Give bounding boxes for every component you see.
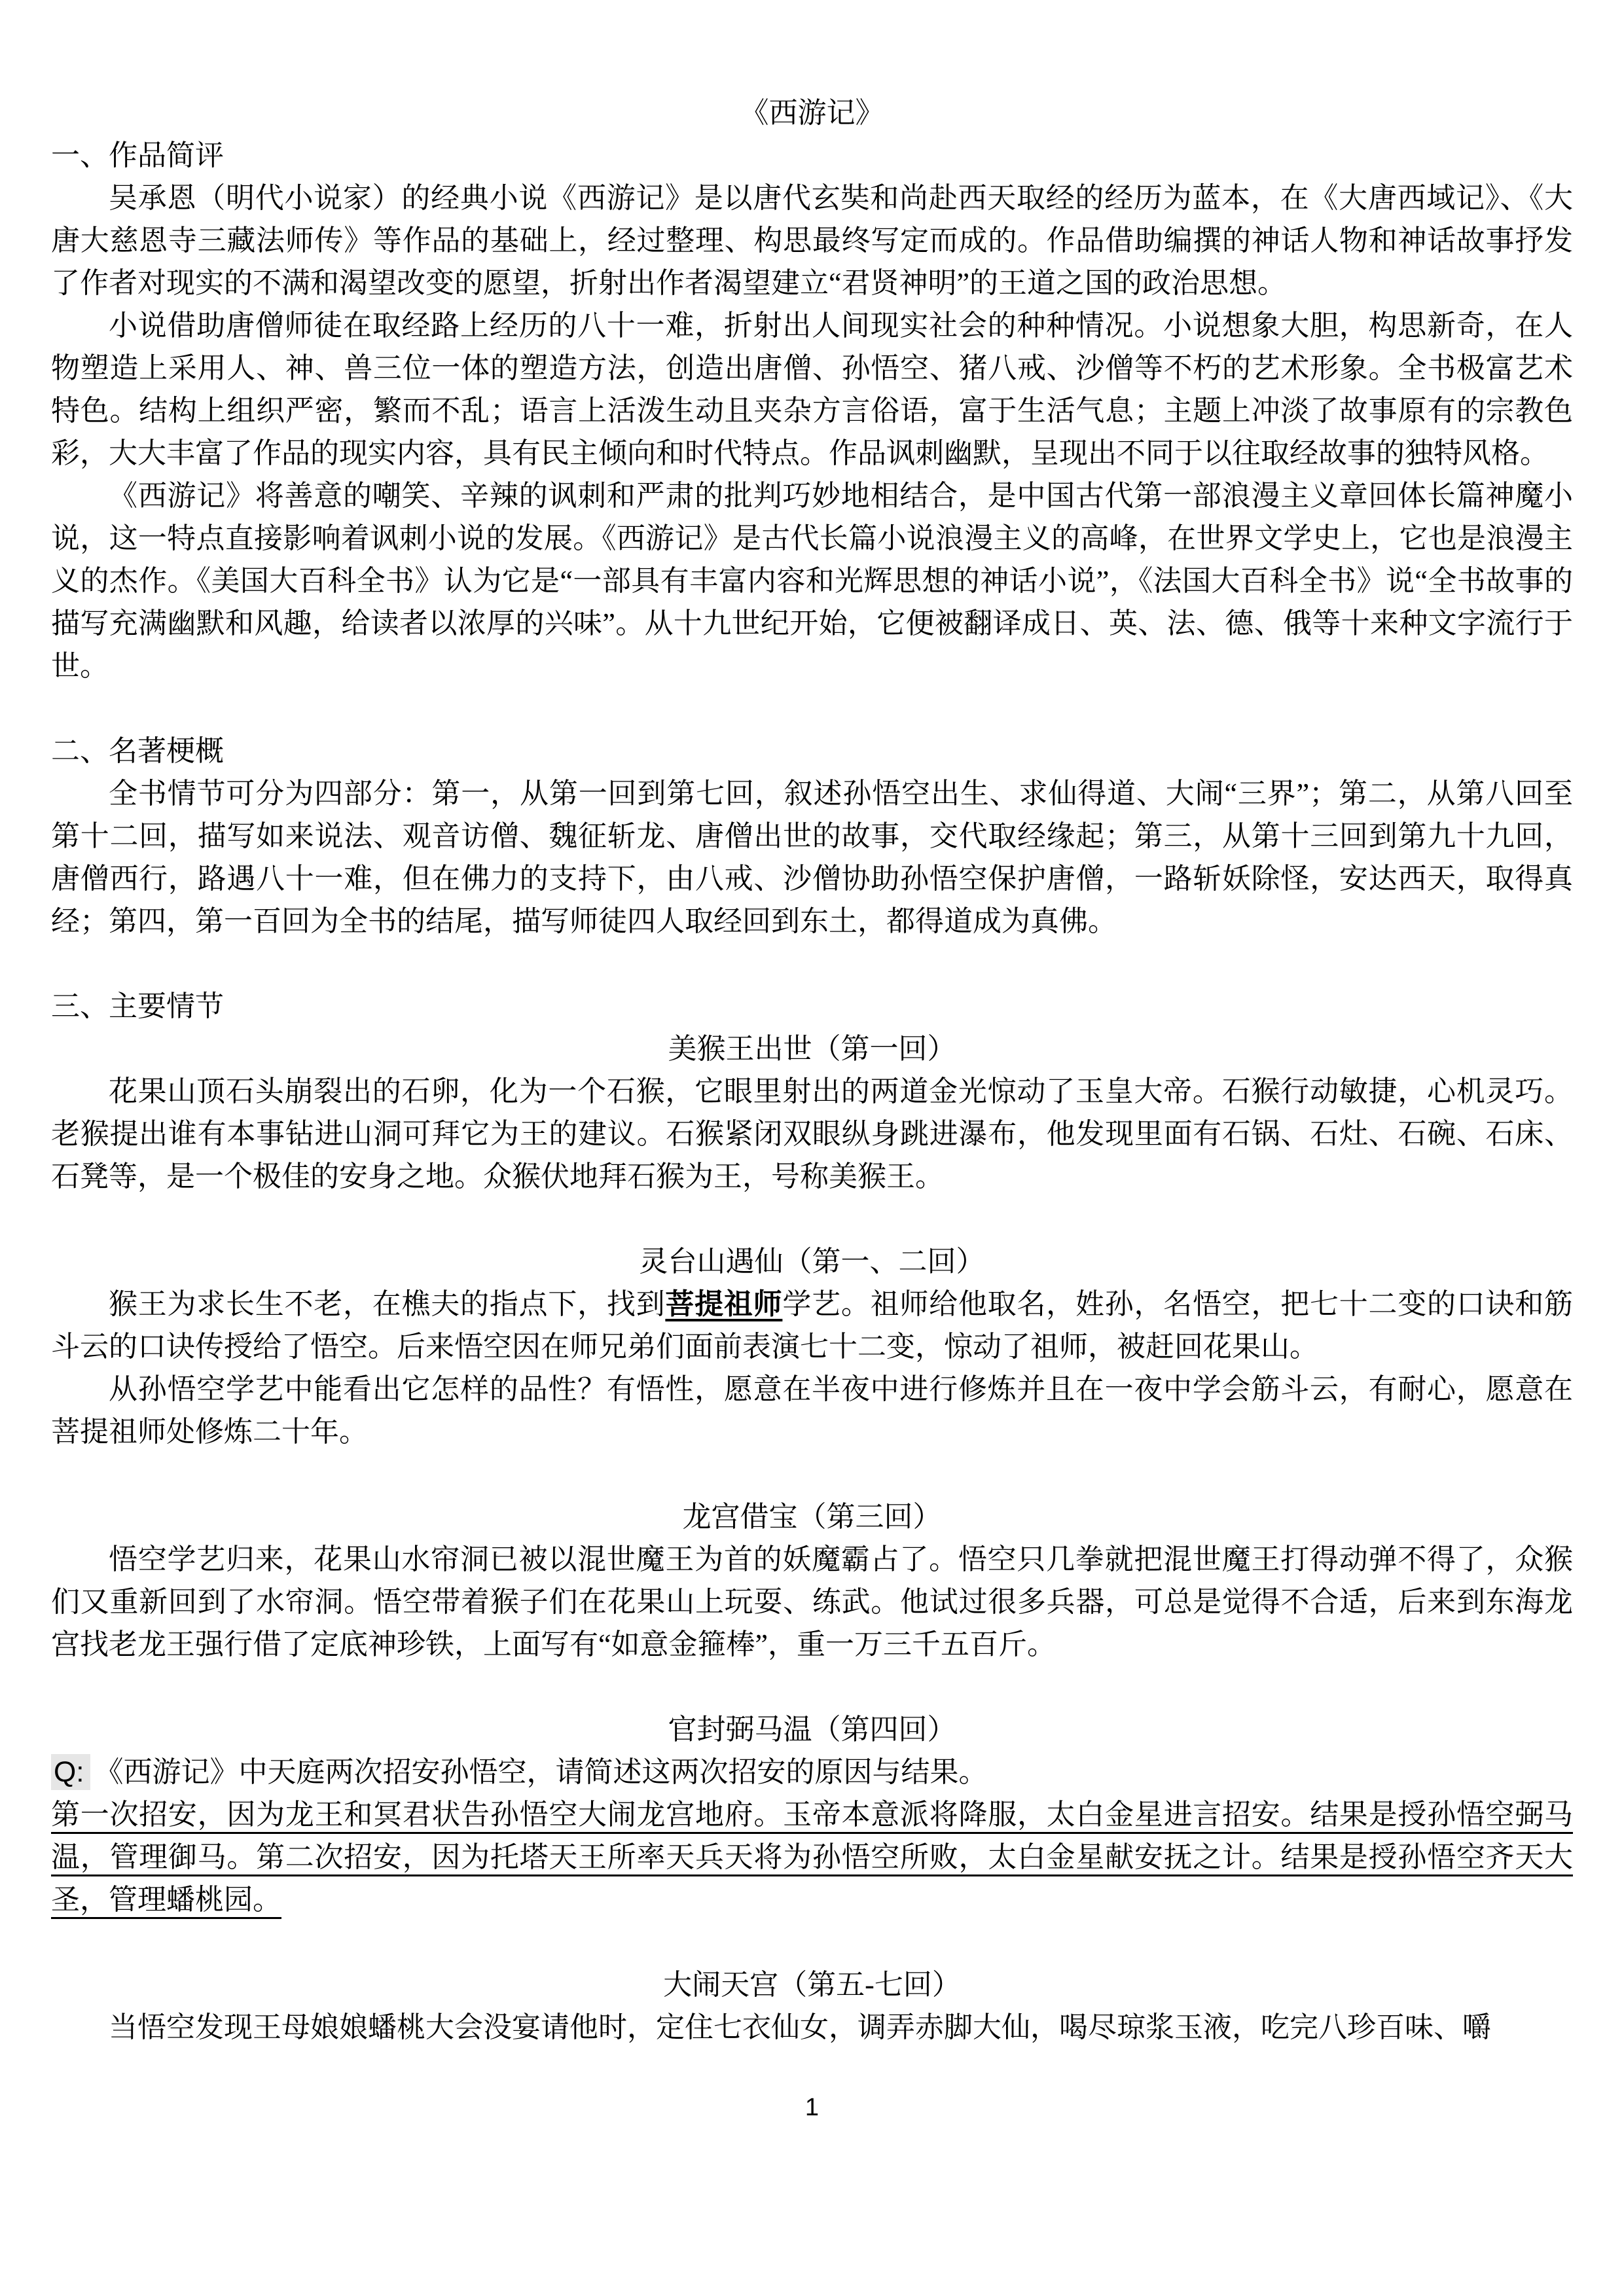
episode-heading-monkey-king-birth: 美猴王出世（第一回） [51,1028,1573,1070]
document-page: 《西游记》 一、作品简评 吴承恩（明代小说家）的经典小说《西游记》是以唐代玄奘和… [0,0,1624,2296]
section1-paragraph-1: 吴承恩（明代小说家）的经典小说《西游记》是以唐代玄奘和尚赴西天取经的经历为蓝本，… [51,177,1573,304]
episode-heading-lingtai-mountain: 灵台山遇仙（第一、二回） [51,1240,1573,1283]
episode-heading-dragon-palace: 龙宫借宝（第三回） [51,1496,1573,1538]
document-title: 《西游记》 [51,92,1573,134]
section1-paragraph-3: 《西游记》将善意的嘲笑、辛辣的讽刺和严肃的批判巧妙地相结合，是中国古代第一部浪漫… [51,475,1573,687]
section2-heading: 二、名著梗概 [51,730,1573,772]
bodhi-patriarch-emphasis: 菩提祖师 [665,1288,782,1320]
lingtai-mountain-paragraph-2: 从孙悟空学艺中能看出它怎样的品性？有悟性，愿意在半夜中进行修炼并且在一夜中学会筋… [51,1368,1573,1453]
episode-heading-bimawen: 官封弼马温（第四回） [51,1708,1573,1751]
lingtai-text-before: 猴王为求长生不老，在樵夫的指点下，找到 [109,1288,665,1320]
episode-heading-havoc-heaven: 大闹天宫（第五-七回） [51,1964,1573,2006]
havoc-heaven-paragraph: 当悟空发现王母娘娘蟠桃大会没宴请他时，定住七衣仙女，调弄赤脚大仙，喝尽琼浆玉液，… [51,2006,1573,2049]
section1-heading: 一、作品简评 [51,134,1573,177]
section3-heading: 三、主要情节 [51,985,1573,1028]
answer-text: 第一次招安，因为龙王和冥君状告孙悟空大闹龙宫地府。玉帝本意派将降服，太白金星进言… [51,1793,1573,1921]
page-number: 1 [0,2092,1624,2123]
monkey-king-birth-paragraph: 花果山顶石头崩裂出的石卵，化为一个石猴，它眼里射出的两道金光惊动了玉皇大帝。石猴… [51,1070,1573,1198]
question-text: 《西游记》中天庭两次招安孙悟空，请简述这两次招安的原因与结果。 [94,1756,987,1788]
question-label-highlight: Q: [51,1754,90,1790]
dragon-palace-paragraph: 悟空学艺归来，花果山水帘洞已被以混世魔王为首的妖魔霸占了。悟空只几拳就把混世魔王… [51,1538,1573,1666]
section2-paragraph-1: 全书情节可分为四部分：第一，从第一回到第七回，叙述孙悟空出生、求仙得道、大闹“三… [51,772,1573,942]
question-line: Q:《西游记》中天庭两次招安孙悟空，请简述这两次招安的原因与结果。 [51,1751,1573,1793]
section1-paragraph-2: 小说借助唐僧师徒在取经路上经历的八十一难，折射出人间现实社会的种种情况。小说想象… [51,304,1573,475]
lingtai-mountain-paragraph-1: 猴王为求长生不老，在樵夫的指点下，找到菩提祖师学艺。祖师给他取名，姓孙，名悟空，… [51,1283,1573,1368]
